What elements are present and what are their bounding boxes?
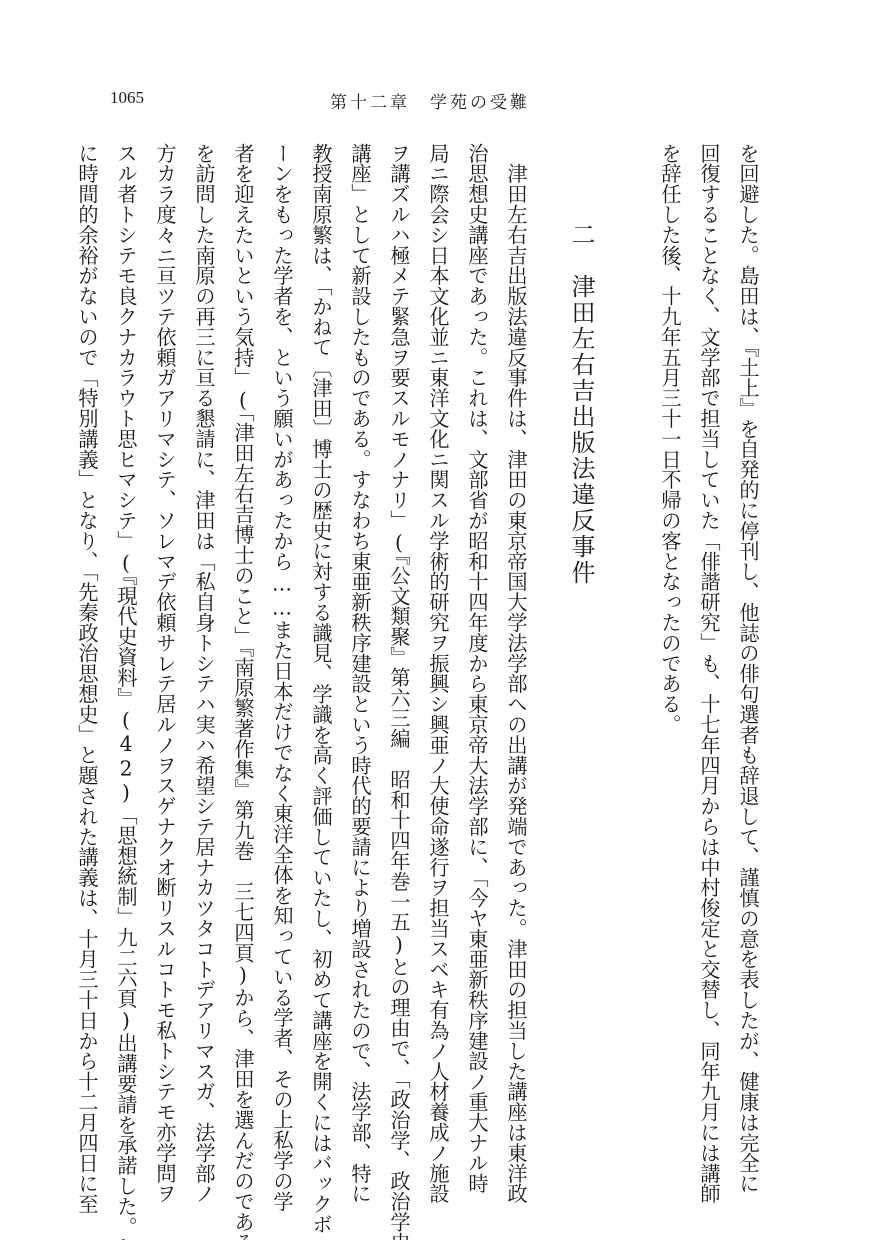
text-column: ヲ講ズルハ極メテ緊急ヲ要スルモノナリ」(『公文類聚』第六三編 昭和十四年巻一五)…: [383, 143, 409, 1143]
page-number: 1065: [110, 88, 144, 108]
text-column: に時間的余裕がないので「特別講義」となり、「先秦政治思想史」と題された講義は、十…: [71, 143, 97, 1143]
text-column: 者を迎えたいという気持」(「津田左右吉博士のこと」『南原繁著作集』第九巻 三七四…: [227, 143, 253, 1143]
text-column: 方カラ度々ニ亘ツテ依頼ガアリマシテ、ソレマデ依頼サレテ居ルノヲスゲナクオ断リスル…: [149, 143, 175, 1143]
text-column: 回復することなく、文学部で担当していた「俳諧研究」も、十七年四月からは中村俊定と…: [693, 143, 719, 1143]
text-column: を訪問した南原の再三に亘る懇請に、津田は「私自身トシテハ実ハ希望シテ居ナカツタコ…: [188, 143, 214, 1143]
section-heading: 二津田左右吉出版法違反事件: [569, 222, 593, 586]
text-column: 教授南原繁は、「かねて〔津田〕博士の歴史に対する識見、学識を高く評価していたし、…: [305, 143, 331, 1143]
text-column: 講座」として新設したものである。すなわち東亜新秩序建設という時代的要請により増設…: [344, 143, 370, 1143]
text-column: ーンをもった学者を、という願いがあったから……また日本だけでなく東洋全体を知って…: [266, 143, 292, 1143]
text-column: 津田左右吉出版法違反事件は、津田の東京帝国大学法学部への出講が発端であった。津田…: [500, 143, 526, 1143]
text-column: を辞任した後、十九年五月三十一日不帰の客となったのである。: [654, 143, 680, 1143]
running-head: 第十二章 学苑の受難: [330, 88, 530, 113]
section-number: 二: [569, 222, 593, 248]
text-column: スル者トシテモ良クナカラウト思ヒマシテ」(『現代史資料』(42)「思想統制」九二…: [110, 143, 136, 1143]
text-column: 局ニ際会シ日本文化並ニ東洋文化ニ関スル学術的研究ヲ振興シ興亜ノ大使命遂行ヲ担当ス…: [422, 143, 448, 1143]
text-column: を回避した。島田は、『土上』を自発的に停刊し、他誌の俳句選者も辞退して、謹慎の意…: [732, 143, 758, 1143]
section-title: 津田左右吉出版法違反事件: [567, 274, 595, 586]
text-column: 治思想史講座であった。これは、文部省が昭和十四年度から東京帝大法学部に、「今ヤ東…: [461, 143, 487, 1143]
